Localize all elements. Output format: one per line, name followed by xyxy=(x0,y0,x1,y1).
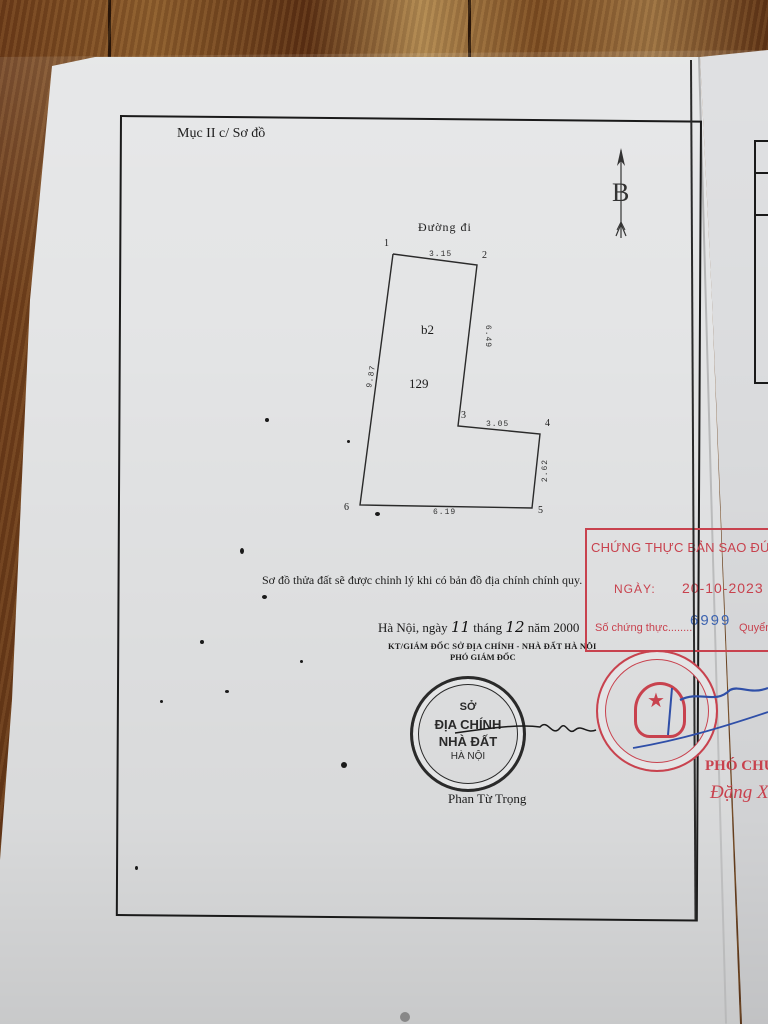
official-title: PHÓ CHỦ xyxy=(705,758,768,775)
official-name: Đặng Xu xyxy=(710,782,768,804)
blue-signature xyxy=(0,0,768,1024)
land-certificate-page: Mục II c/ Sơ đồ B Đường đi 1 2 3 4 5 6 3… xyxy=(0,0,768,1024)
